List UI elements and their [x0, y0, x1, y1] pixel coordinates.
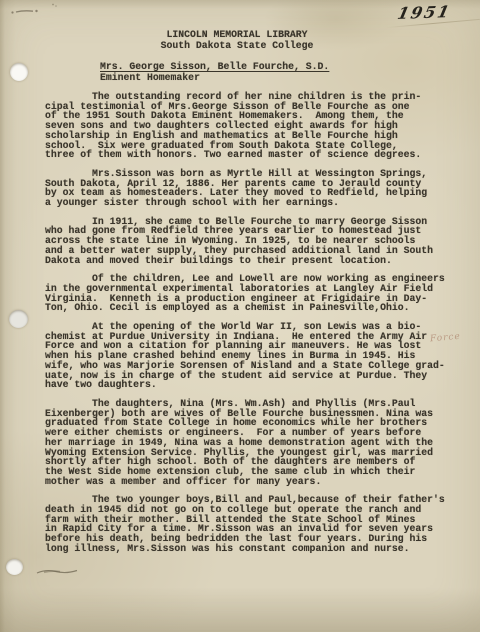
document-header: LINCOLN MEMORIAL LIBRARY South Dakota St…: [0, 30, 477, 51]
punch-hole-middle: [9, 310, 28, 328]
institution-name: South Dakota State College: [0, 41, 477, 52]
document-page: 1951 LINCOLN MEMORIAL LIBRARY South Dako…: [0, 0, 480, 632]
subject-title: Mrs. George Sisson, Belle Fourche, S.D.: [100, 61, 329, 72]
paragraph-3: In 1911, she came to Belle Fourche to ma…: [45, 217, 457, 266]
paragraph-4: Of the children, Lee and Lowell are now …: [45, 274, 457, 313]
document-body: The outstanding record of her nine child…: [45, 92, 457, 563]
handwritten-year: 1951: [396, 2, 453, 23]
pencil-squiggle-bottom-left: [36, 566, 80, 578]
punch-hole-top: [10, 63, 28, 81]
paragraph-5: At the opening of the World War II, son …: [45, 322, 457, 390]
subject-subtitle: Eminent Homemaker: [100, 72, 329, 83]
library-name: LINCOLN MEMORIAL LIBRARY: [0, 30, 477, 41]
paragraph-6: The daughters, Nina (Mrs. Wm.Ash) and Ph…: [45, 399, 457, 486]
pencil-mark-top-left: [10, 2, 58, 16]
punch-hole-bottom: [6, 559, 23, 575]
paragraph-2: Mrs.Sisson was born as Myrtle Hill at We…: [45, 169, 457, 208]
subject-heading: Mrs. George Sisson, Belle Fourche, S.D. …: [100, 61, 329, 83]
paragraph-1: The outstanding record of her nine child…: [45, 92, 457, 160]
paragraph-7: The two younger boys,Bill and Paul,becau…: [45, 495, 457, 553]
